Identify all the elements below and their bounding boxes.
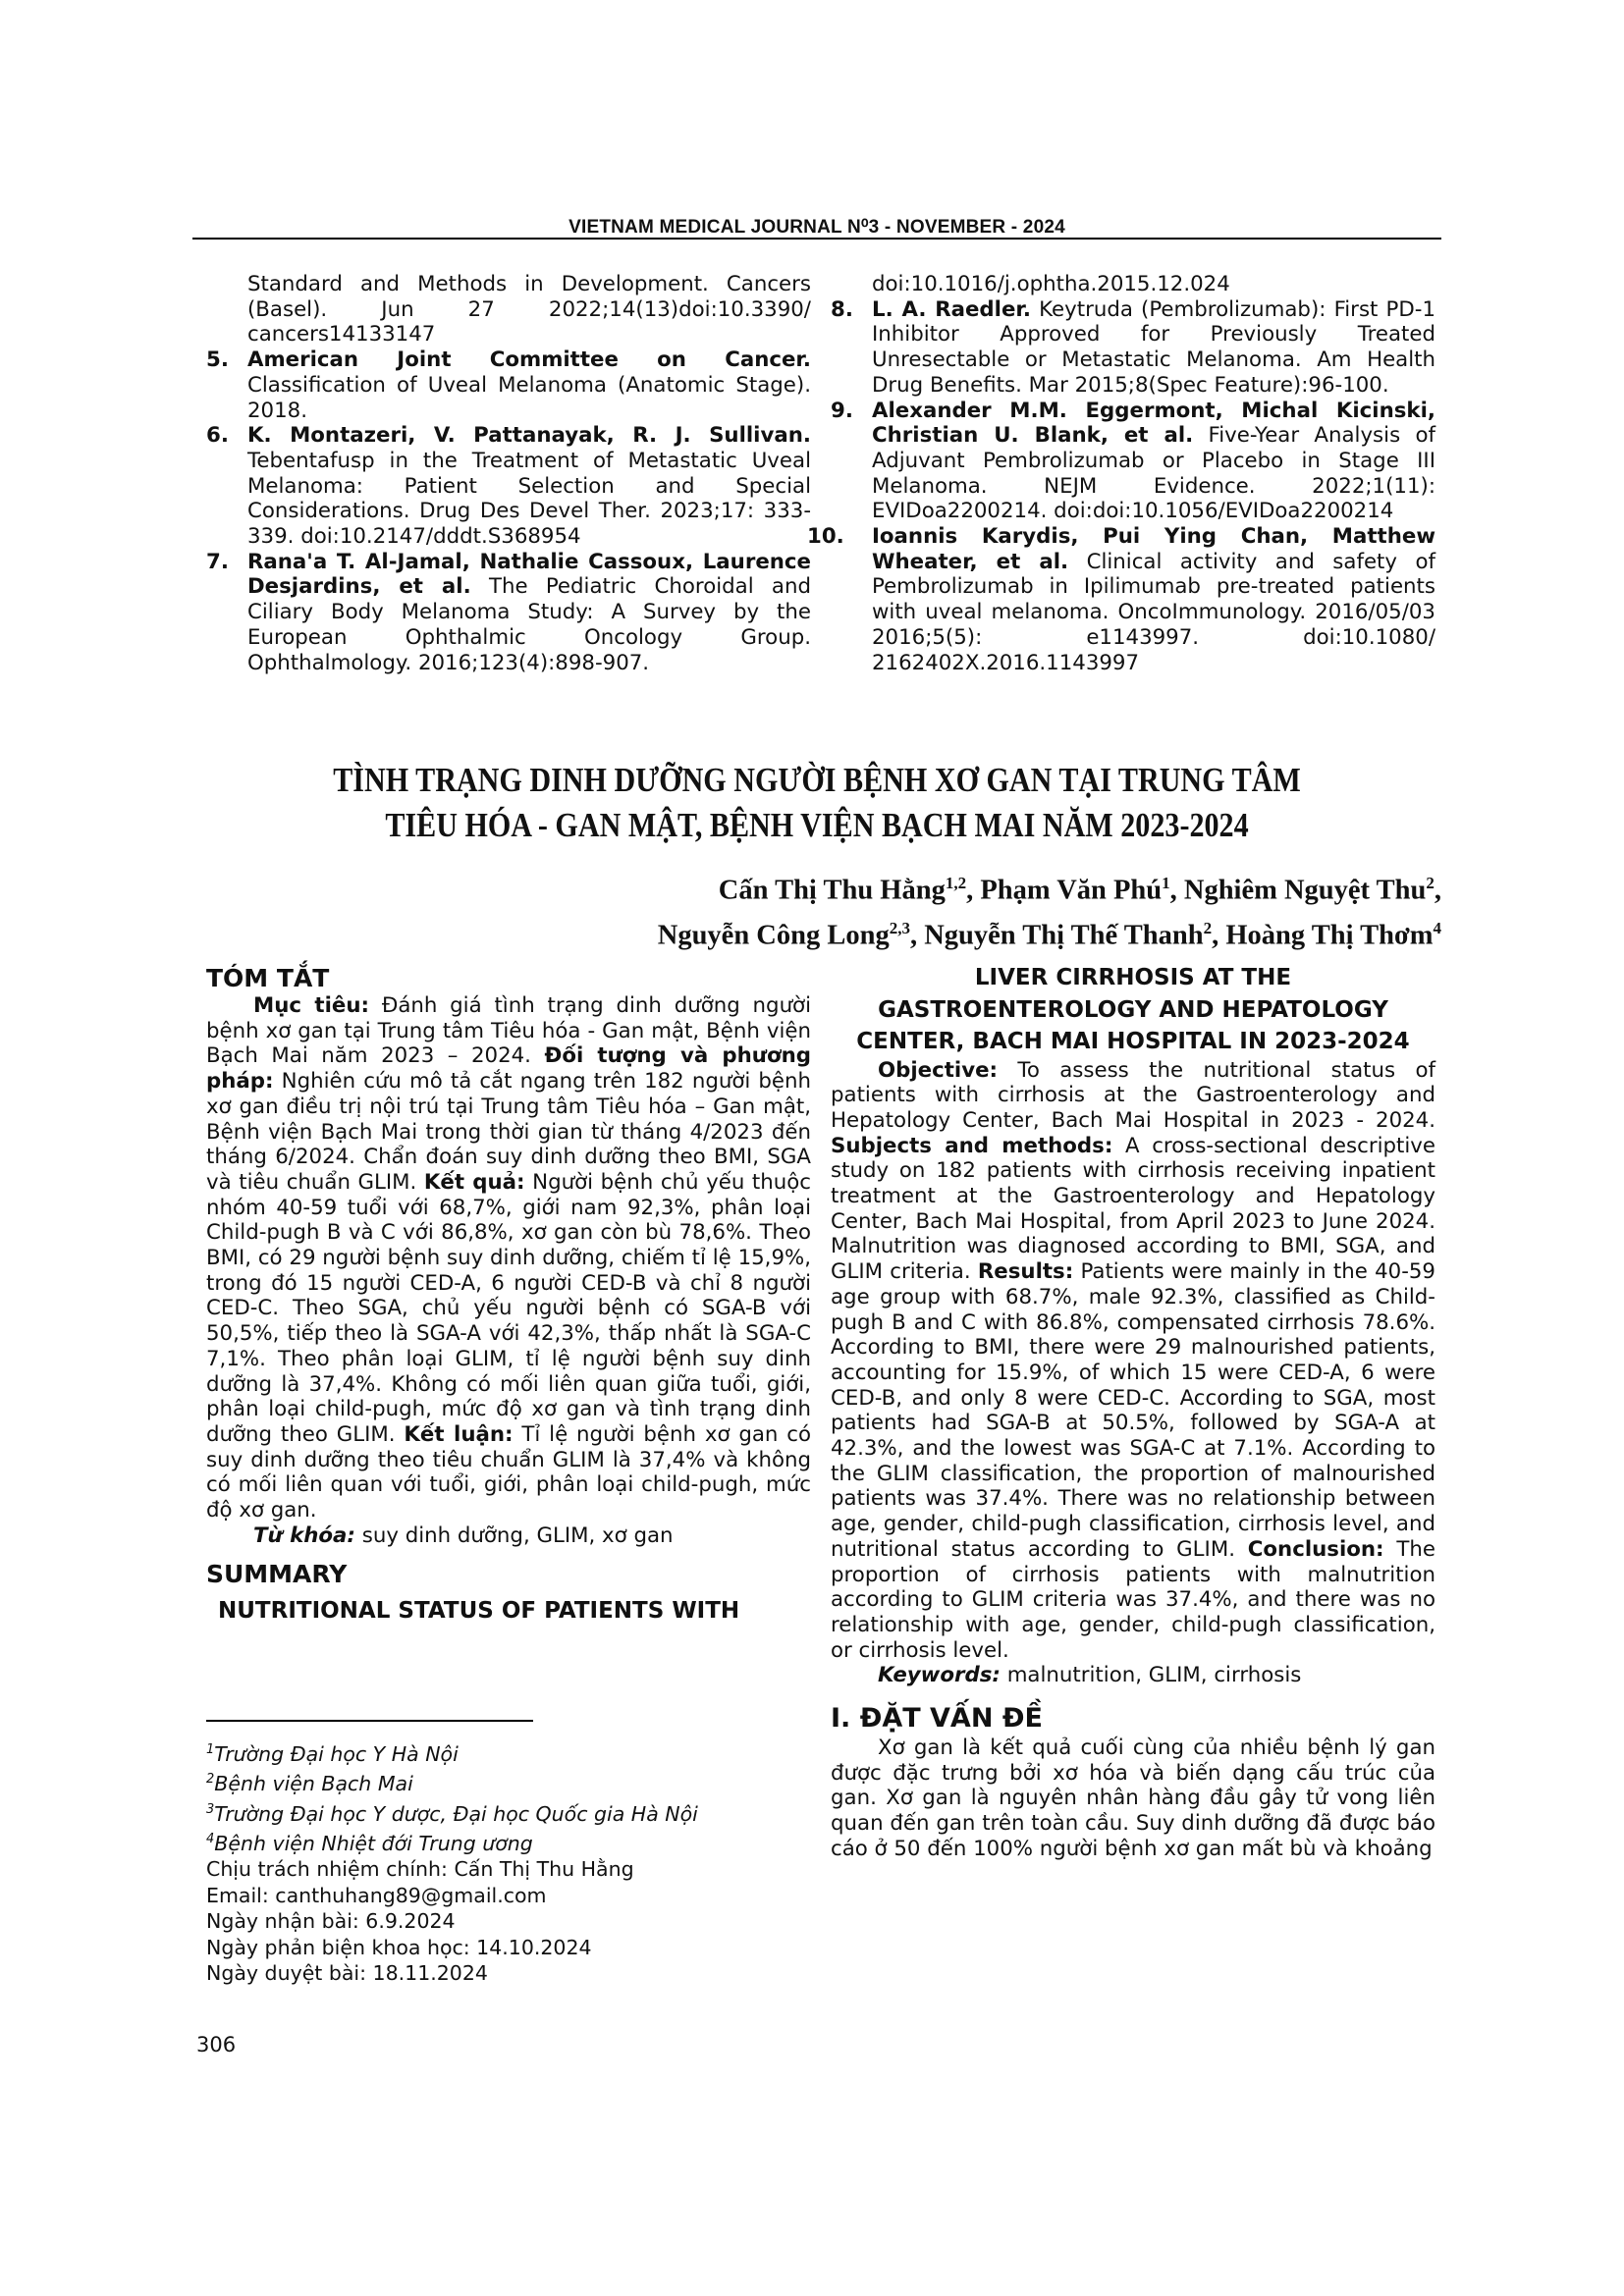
conclusion-label: Kết luận: [404, 1422, 513, 1447]
author-name: Nghiêm Nguyệt Thu [1184, 876, 1427, 906]
footnotes: 1Trường Đại học Y Hà Nội 2Bệnh viện Bạch… [206, 1737, 698, 1987]
introduction-heading: I. ĐẶT VẤN ĐỀ [831, 1702, 1435, 1735]
author-name: Nguyễn Công Long [658, 920, 890, 950]
abstract-body: Objective: To assess the nutritional sta… [831, 1058, 1435, 1664]
reference-item: doi:10.1016/j.ophtha.2015.12.024 [831, 272, 1435, 297]
reference-number: 7. [206, 550, 247, 676]
author-name: Cấn Thị Thu Hằng [719, 876, 946, 906]
keywords-label: Keywords: [878, 1663, 1001, 1687]
keywords-label: Từ khóa: [253, 1523, 355, 1548]
article-title: TÌNH TRẠNG DINH DƯỠNG NGƯỜI BỆNH XƠ GAN … [280, 758, 1354, 848]
reference-item: Standard and Methods in Development. Can… [206, 272, 811, 347]
affiliation-text: Bệnh viện Nhiệt đới Trung ương [214, 1832, 533, 1855]
author-separator: , [1170, 876, 1184, 906]
author-affiliation: 4 [1434, 919, 1442, 937]
author-affiliation: 2,3 [890, 919, 910, 937]
reference-text: Tebentafusp in the Treatment of Metastat… [247, 449, 811, 549]
reference-number: 9. [831, 399, 872, 525]
objective-label: Objective: [878, 1058, 998, 1083]
affiliation-text: Trường Đại học Y Hà Nội [214, 1742, 459, 1766]
affiliation-3: 3Trường Đại học Y dược, Đại học Quốc gia… [206, 1797, 698, 1827]
reference-text: Standard and Methods in Development. Can… [206, 272, 811, 347]
author-affiliation: 1,2 [946, 874, 966, 892]
footnote-rule [206, 1720, 533, 1722]
author-name: Nguyễn Thị Thế Thanh [924, 920, 1203, 950]
affiliation-4: 4Bệnh viện Nhiệt đới Trung ương [206, 1827, 698, 1856]
date-received: Ngày nhận bài: 6.9.2024 [206, 1908, 698, 1935]
reference-item: 7. Rana'a T. Al-Jamal, Nathalie Cassoux,… [206, 550, 811, 676]
affiliation-text: Trường Đại học Y dược, Đại học Quốc gia … [214, 1801, 698, 1825]
reference-item: 5. American Joint Committee on Cancer. C… [206, 347, 811, 423]
keywords-text: suy dinh dưỡng, GLIM, xơ gan [355, 1523, 674, 1548]
abstract-body: Mục tiêu: Đánh giá tình trạng dinh dưỡng… [206, 993, 811, 1523]
english-title-line: GASTROENTEROLOGY AND HEPATOLOGY [831, 994, 1435, 1027]
author-separator: , [910, 920, 924, 950]
objective-label: Mục tiêu: [253, 993, 369, 1018]
reference-number: 8. [831, 297, 872, 399]
references-right-column: doi:10.1016/j.ophtha.2015.12.024 8. L. A… [831, 272, 1435, 675]
author-separator: , [1212, 920, 1225, 950]
author-name: Hoàng Thị Thơm [1225, 920, 1433, 950]
header-rule [192, 238, 1441, 240]
results-text: Người bệnh chủ yếu thuộc nhóm 40-59 tuổi… [206, 1170, 811, 1447]
author-name: Phạm Văn Phú [980, 876, 1162, 906]
author-separator: , [966, 876, 980, 906]
english-title-line: CENTER, BACH MAI HOSPITAL IN 2023-2024 [831, 1026, 1435, 1058]
introduction-text: Xơ gan là kết quả cuối cùng của nhiều bệ… [831, 1735, 1435, 1862]
author-list: Cấn Thị Thu Hằng1,2, Phạm Văn Phú1, Nghi… [361, 865, 1441, 954]
reference-number: 10. [807, 524, 872, 675]
keywords: Keywords: malnutrition, GLIM, cirrhosis [831, 1663, 1435, 1688]
keywords-text: malnutrition, GLIM, cirrhosis [1001, 1663, 1301, 1687]
english-title-part-1: NUTRITIONAL STATUS OF PATIENTS WITH [206, 1595, 811, 1627]
author-affiliation: 2 [1426, 874, 1435, 892]
affiliation-text: Bệnh viện Bạch Mai [214, 1772, 412, 1795]
results-label: Results: [978, 1259, 1073, 1284]
reference-number: 6. [206, 423, 247, 550]
abstract-heading: TÓM TẮT [206, 964, 811, 993]
english-title-part-2: LIVER CIRRHOSIS AT THE GASTROENTEROLOGY … [831, 962, 1435, 1058]
reference-item: 8. L. A. Raedler. Keytruda (Pembrolizuma… [831, 297, 1435, 399]
affiliation-2: 2Bệnh viện Bạch Mai [206, 1767, 698, 1796]
date-reviewed: Ngày phản biện khoa học: 14.10.2024 [206, 1935, 698, 1961]
english-title-line: LIVER CIRRHOSIS AT THE [831, 962, 1435, 994]
abstract-english: LIVER CIRRHOSIS AT THE GASTROENTEROLOGY … [831, 962, 1435, 1862]
conclusion-label: Conclusion: [1248, 1537, 1384, 1562]
author-separator: , [1435, 876, 1441, 906]
reference-authors: American Joint Committee on Cancer. [247, 347, 811, 372]
abstract-vietnamese: TÓM TẮT Mục tiêu: Đánh giá tình trạng di… [206, 964, 811, 1627]
reference-item: 9. Alexander M.M. Eggermont, Michal Kici… [831, 399, 1435, 525]
date-accepted: Ngày duyệt bài: 18.11.2024 [206, 1960, 698, 1987]
reference-authors: K. Montazeri, V. Pattanayak, R. J. Sulli… [247, 423, 811, 448]
reference-item: 10. Ioannis Karydis, Pui Ying Chan, Matt… [831, 524, 1435, 675]
reference-authors: L. A. Raedler. [872, 297, 1031, 322]
methods-label: Subjects and methods: [831, 1134, 1112, 1158]
reference-number: 5. [206, 347, 247, 423]
affiliation-1: 1Trường Đại học Y Hà Nội [206, 1737, 698, 1767]
journal-running-head: VIETNAM MEDICAL JOURNAL N⁰3 - NOVEMBER -… [192, 216, 1441, 239]
results-text: Patients were mainly in the 40-59 age gr… [831, 1259, 1435, 1562]
summary-heading: SUMMARY [206, 1560, 811, 1589]
email[interactable]: Email: canthuhang89@gmail.com [206, 1883, 698, 1909]
reference-text: doi:10.1016/j.ophtha.2015.12.024 [831, 272, 1435, 297]
references-left-column: Standard and Methods in Development. Can… [206, 272, 811, 675]
reference-item: 6. K. Montazeri, V. Pattanayak, R. J. Su… [206, 423, 811, 550]
page-number: 306 [196, 2033, 236, 2056]
corresponding-author: Chịu trách nhiệm chính: Cấn Thị Thu Hằng [206, 1856, 698, 1883]
reference-text: Classification of Uveal Melanoma (Anatom… [247, 373, 811, 423]
article-title-line-2: TIÊU HÓA - GAN MẬT, BỆNH VIỆN BẠCH MAI N… [280, 803, 1354, 848]
article-title-line-1: TÌNH TRẠNG DINH DƯỠNG NGƯỜI BỆNH XƠ GAN … [280, 758, 1354, 803]
author-affiliation: 1 [1162, 874, 1170, 892]
results-label: Kết quả: [424, 1170, 525, 1195]
keywords: Từ khóa: suy dinh dưỡng, GLIM, xơ gan [206, 1523, 811, 1549]
author-affiliation: 2 [1204, 919, 1213, 937]
